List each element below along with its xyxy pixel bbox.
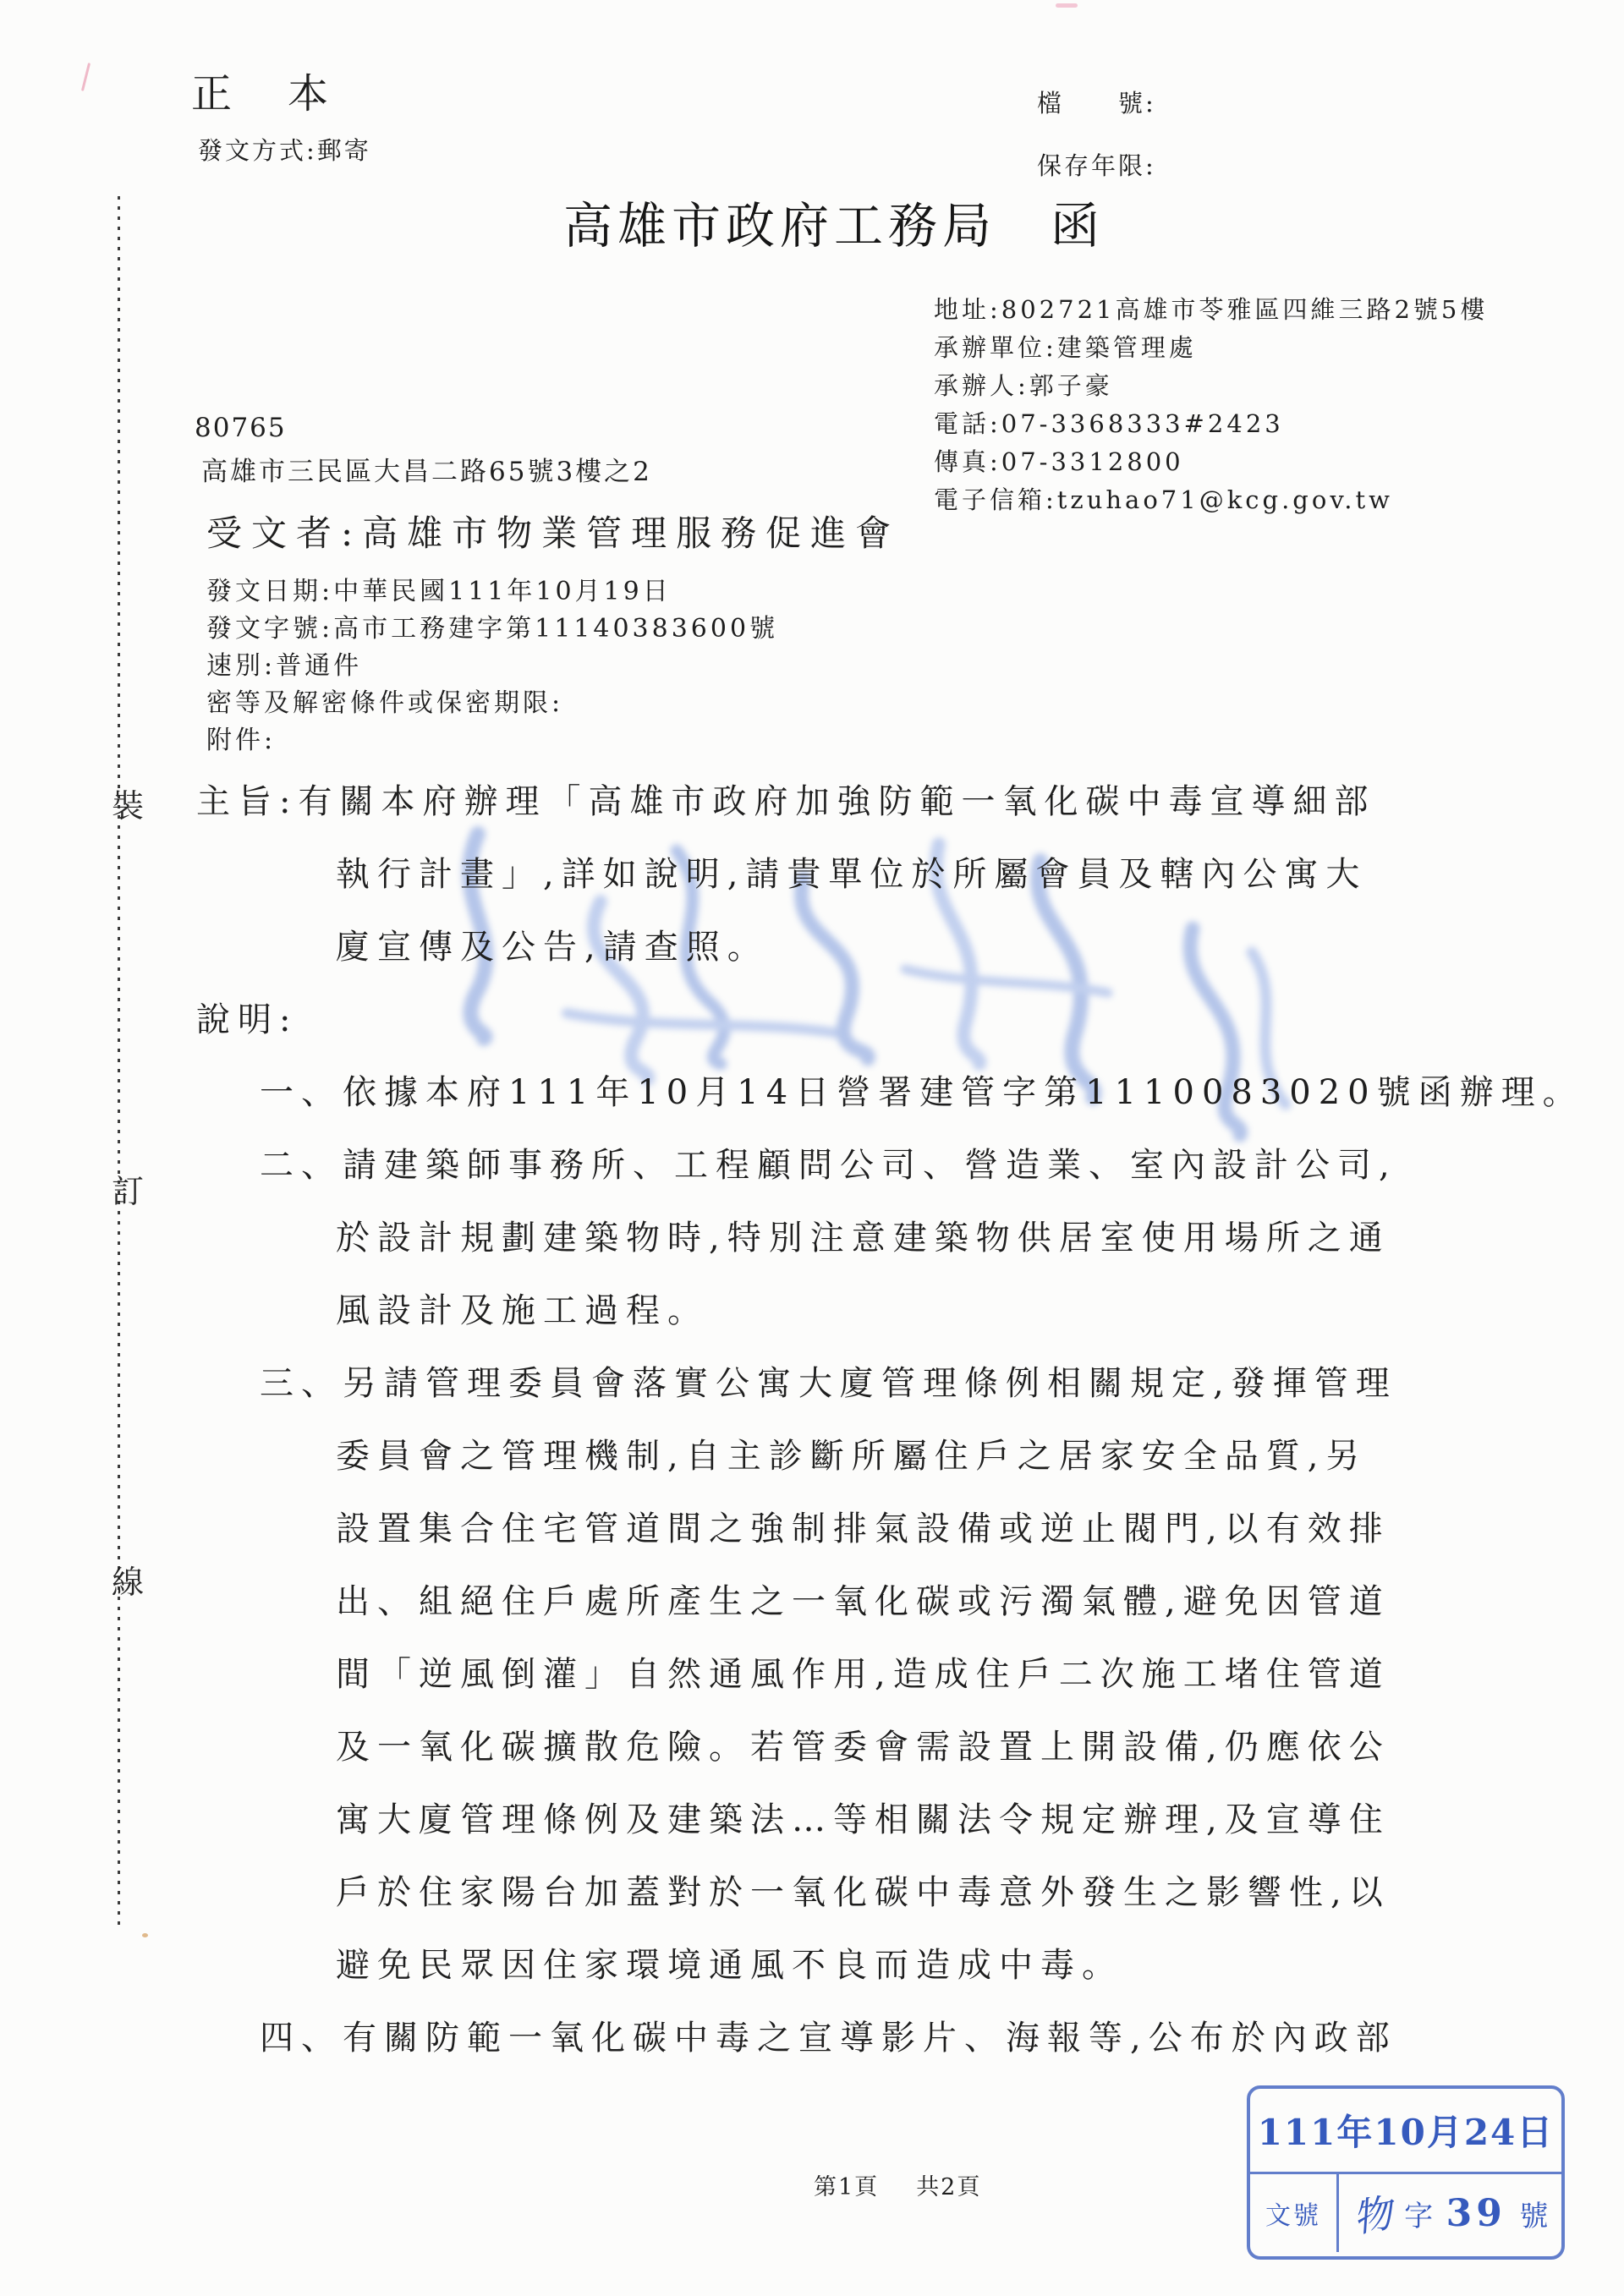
page-footer: 第1頁 共2頁: [814, 2168, 981, 2201]
receipt-stamp-number: 39: [1446, 2192, 1506, 2235]
sender-phone: 電話:07-3368333#2423: [934, 405, 1488, 443]
binding-mark-xian: 線: [107, 1556, 148, 1603]
recipient-zip-code: 80765: [195, 413, 287, 443]
body-item-1: 一、依據本府111年10月14日營署建管字第1110083020號函辦理。: [196, 1056, 1558, 1129]
issue-date: 發文日期:中華民國111年10月19日: [206, 573, 778, 611]
copy-type-label: 正 本: [191, 61, 336, 119]
binding-dotted-line: [118, 196, 120, 1932]
subject-line: 執行計畫」,詳如說明,請貴單位於所屬會員及轄內公寓大: [196, 838, 1558, 911]
body-item-3-cont: 出、組絕住戶處所產生之一氧化碳或污濁氣體,避免因管道: [196, 1565, 1558, 1638]
sender-fax: 傳真:07-3312800: [934, 443, 1488, 481]
page-number: 第1頁: [814, 2168, 879, 2201]
body-item-2: 二、請建築師事務所、工程顧問公司、營造業、室內設計公司,: [196, 1129, 1558, 1202]
body-item-3-cont: 及一氧化碳擴散危險。若管委會需設置上開設備,仍應依公: [196, 1711, 1558, 1784]
security-class: 密等及解密條件或保密期限:: [206, 685, 778, 722]
binding-mark-zhuang: 裝: [107, 780, 148, 826]
body-item-3-cont: 戶於住家陽台加蓋對於一氧化碳中毒意外發生之影響性,以: [196, 1856, 1558, 1929]
sender-address: 地址:802721高雄市苓雅區四維三路2號5樓: [934, 291, 1488, 329]
scanned-official-letter: 正 本 發文方式:郵寄 檔 號: 保存年限: 高雄市政府工務局 函 地址:802…: [0, 0, 1624, 2296]
total-pages: 共2頁: [916, 2168, 981, 2201]
body-item-4: 四、有關防範一氧化碳中毒之宣導影片、海報等,公布於內政部: [196, 2002, 1558, 2074]
receipt-stamp-unit-char: 號: [1519, 2193, 1548, 2234]
recipient-name-line: 受文者:高雄市物業管理服務促進會: [206, 506, 900, 556]
document-meta-block: 發文日期:中華民國111年10月19日 發文字號:高市工務建字第11140383…: [206, 573, 778, 759]
sender-contact-block: 地址:802721高雄市苓雅區四維三路2號5樓 承辦單位:建築管理處 承辦人:郭…: [934, 291, 1488, 519]
sender-contact-person: 承辦人:郭子豪: [934, 367, 1488, 405]
document-title: 高雄市政府工務局 函: [563, 186, 1105, 257]
document-number: 發文字號:高市工務建字第11140383600號: [206, 611, 778, 648]
receipt-stamp-date: 111年10月24日: [1250, 2089, 1561, 2174]
body-item-3-cont: 設置集合住宅管道間之強制排氣設備或逆止閥門,以有效排: [196, 1493, 1558, 1565]
subject-line: 主旨:有關本府辦理「高雄市政府加強防範一氧化碳中毒宣導細部: [196, 765, 1558, 838]
receipt-stamp-handwritten-char: 物: [1347, 2183, 1396, 2244]
body-item-3-cont: 委員會之管理機制,自主診斷所屬住戶之居家安全品質,另: [196, 1420, 1558, 1493]
scan-artifact: [1056, 3, 1078, 8]
sender-unit: 承辦單位:建築管理處: [934, 329, 1488, 367]
body-item-2-cont: 於設計規劃建築物時,特別注意建築物供居室使用場所之通: [196, 1202, 1558, 1274]
body-item-2-cont: 風設計及施工過程。: [196, 1274, 1558, 1347]
sender-email: 電子信箱:tzuhao71@kcg.gov.tw: [934, 481, 1488, 519]
receipt-stamp: 111年10月24日 文號 物 字 39 號: [1247, 2085, 1565, 2260]
explanation-heading: 說明:: [196, 984, 1558, 1056]
letter-body: 主旨:有關本府辦理「高雄市政府加強防範一氧化碳中毒宣導細部 執行計畫」,詳如說明…: [196, 765, 1558, 2074]
scan-artifact: [81, 63, 91, 91]
scan-artifact: [142, 1933, 148, 1937]
body-item-3-cont: 寓大廈管理條例及建築法…等相關法令規定辦理,及宣導住: [196, 1784, 1558, 1856]
recipient-address: 高雄市三民區大昌二路65號3樓之2: [201, 450, 652, 488]
body-item-3-cont: 避免民眾因住家環境通風不良而造成中毒。: [196, 1929, 1558, 2002]
receipt-stamp-word-char: 字: [1404, 2193, 1433, 2234]
speed-class: 速別:普通件: [206, 648, 778, 685]
retention-period-label: 保存年限:: [1037, 147, 1156, 182]
subject-line: 廈宣傳及公告,請查照。: [196, 911, 1558, 984]
receipt-stamp-docno-value: 物 字 39 號: [1339, 2174, 1561, 2252]
attachment-label: 附件:: [206, 722, 778, 759]
body-item-3: 三、另請管理委員會落實公寓大廈管理條例相關規定,發揮管理: [196, 1347, 1558, 1420]
file-number-label: 檔 號:: [1037, 85, 1156, 119]
body-item-3-cont: 間「逆風倒灌」自然通風作用,造成住戶二次施工堵住管道: [196, 1638, 1558, 1711]
receipt-stamp-docno-label: 文號: [1250, 2174, 1339, 2252]
binding-mark-ding: 訂: [107, 1165, 148, 1212]
delivery-method-label: 發文方式:郵寄: [198, 132, 371, 167]
